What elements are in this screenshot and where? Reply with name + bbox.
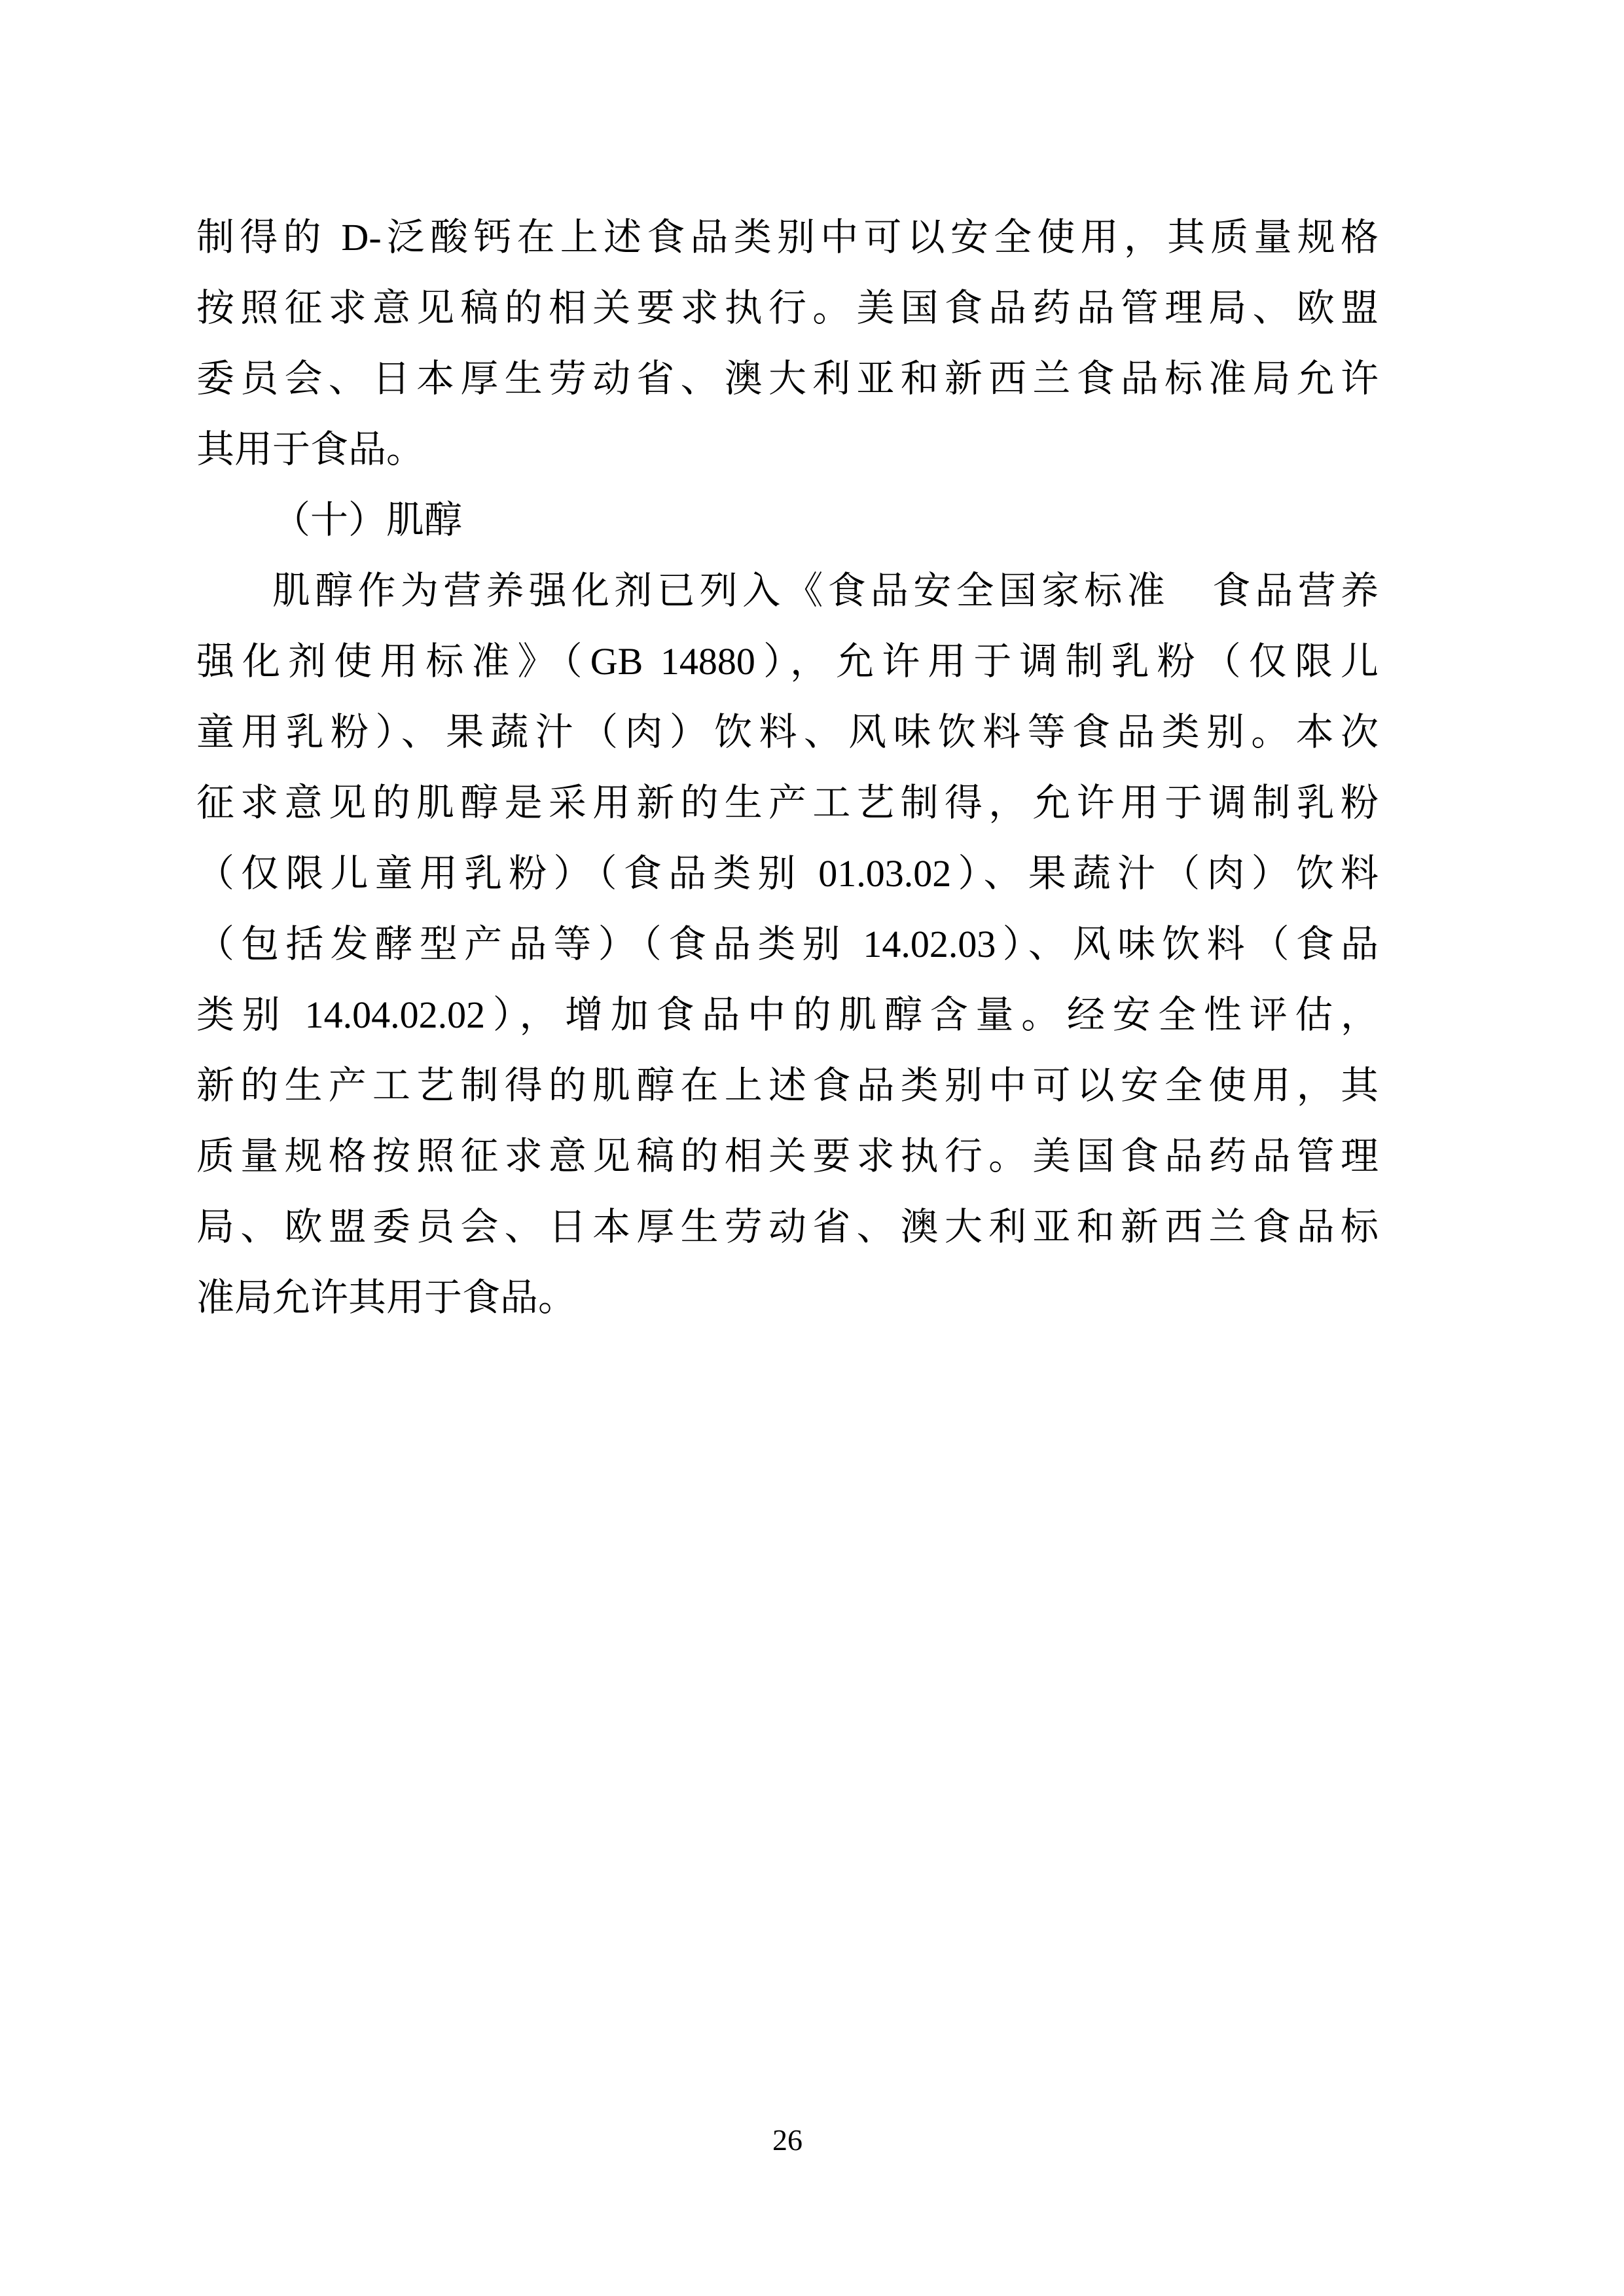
text-line: 肌醇作为营养强化剂已列入《食品安全国家标准 食品营养 [196,556,1379,626]
text-line: 新的生产工艺制得的肌醇在上述食品类别中可以安全使用，其 [196,1050,1379,1121]
body-text: 制得的 D-泛酸钙在上述食品类别中可以安全使用，其质量规格 按照征求意见稿的相关… [196,202,1379,1333]
page-number: 26 [735,2121,840,2160]
text-line: 类别 14.04.02.02），增加食品中的肌醇含量。经安全性评估， [196,980,1379,1050]
text-line: 局、欧盟委员会、日本厚生劳动省、澳大利亚和新西兰食品标 [196,1192,1379,1263]
text-line: 委员会、日本厚生劳动省、澳大利亚和新西兰食品标准局允许 [196,344,1379,414]
section-heading: （十）肌醇 [196,485,1379,556]
text-line: 制得的 D-泛酸钙在上述食品类别中可以安全使用，其质量规格 [196,202,1379,273]
text-line: （仅限儿童用乳粉）（食品类别 01.03.02）、果蔬汁（肉）饮料 [196,838,1379,909]
text-line: 质量规格按照征求意见稿的相关要求执行。美国食品药品管理 [196,1121,1379,1192]
text-line: 准局允许其用于食品。 [196,1263,1379,1333]
document-page: 制得的 D-泛酸钙在上述食品类别中可以安全使用，其质量规格 按照征求意见稿的相关… [0,0,1624,2296]
text-line: 按照征求意见稿的相关要求执行。美国食品药品管理局、欧盟 [196,273,1379,344]
text-line: 强化剂使用标准》（GB 14880），允许用于调制乳粉（仅限儿 [196,626,1379,697]
text-line: （包括发酵型产品等）（食品类别 14.02.03）、风味饮料（食品 [196,909,1379,980]
text-line: 童用乳粉）、果蔬汁（肉）饮料、风味饮料等食品类别。本次 [196,697,1379,768]
text-line: 征求意见的肌醇是采用新的生产工艺制得，允许用于调制乳粉 [196,768,1379,838]
text-line: 其用于食品。 [196,414,1379,485]
